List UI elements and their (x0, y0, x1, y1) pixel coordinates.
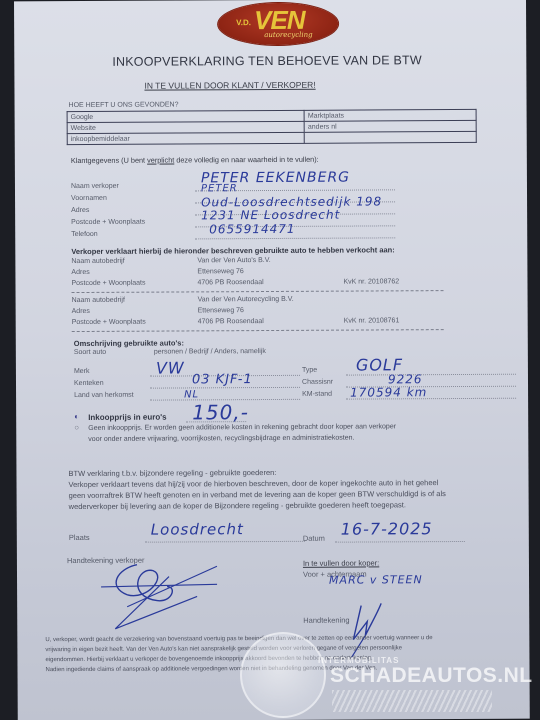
field-label: Naam verkoper (71, 183, 119, 190)
company-name-label: Naam autobedrijf (72, 297, 125, 304)
field-label: Adres (71, 207, 89, 214)
country-label: Land van herkomst (74, 392, 134, 399)
price-label: Inkoopprijs in euro's (88, 413, 166, 422)
found-option[interactable]: anders nl (304, 120, 476, 132)
mileage-label: KM-stand (302, 391, 332, 398)
field-label: Voornamen (71, 195, 107, 202)
document-subtitle: IN TE VULLEN DOOR KLANT / VERKOPER! (144, 80, 315, 91)
company-postcode: 4706 PB Roosendaal (198, 318, 264, 325)
no-price-text-2: voor onder andere vrijwaring, voorrijkos… (88, 435, 354, 443)
logo-tagline: autorecycling (264, 31, 313, 39)
price-value[interactable]: 150,- (192, 400, 249, 424)
model-label: Type (302, 367, 317, 374)
brand-label: Merk (74, 368, 90, 375)
vehicle-type-label: Soort auto (74, 349, 106, 356)
watermark-site: SCHADEAUTOS.NL (330, 664, 533, 688)
seller-signature[interactable] (97, 556, 237, 635)
no-price-radio-icon[interactable]: ○ (74, 423, 79, 432)
buyer-name-value[interactable]: MARC v STEEN (329, 573, 423, 586)
watermark-globe-icon (240, 632, 326, 718)
country-value[interactable]: NL (184, 389, 199, 400)
seller-firstname-value[interactable]: PETER (201, 183, 238, 194)
company-address: Ettenseweg 76 (197, 268, 243, 275)
company-address-label: Adres (71, 269, 89, 276)
found-table: Google Marktplaats Website anders nl ink… (67, 109, 477, 145)
place-label: Plaats (69, 533, 90, 542)
company-kvk: KvK nr. 20108761 (344, 317, 400, 324)
date-value[interactable]: 16-7-2025 (341, 519, 433, 538)
customer-intro: Klantgegevens (U bent verplicht deze vol… (71, 155, 319, 165)
brand-value[interactable]: VW (156, 358, 185, 377)
buyer-signature-label: Handtekening (303, 616, 349, 625)
btw-line: wederverkoper bij levering aan de koper … (69, 500, 406, 511)
document-page: V.D. VEN autorecycling INKOOPVERKLARING … (14, 0, 530, 720)
chassis-label: Chassisnr (302, 379, 333, 386)
date-label: Datum (303, 534, 325, 543)
footer-line: Nadien ingediende claims of aanspraak op… (45, 665, 377, 673)
price-option-checked-icon[interactable]: ◐ (74, 412, 79, 421)
logo-prefix: V.D. (236, 18, 251, 27)
company-postcode: 4706 PB Roosendaal (197, 279, 263, 286)
field-label: Postcode + Woonplaats (71, 219, 145, 226)
vehicle-type-options[interactable]: personen / Bedrijf / Anders, namelijk (154, 348, 266, 356)
found-option[interactable] (304, 131, 476, 143)
place-value[interactable]: Loosdrecht (151, 520, 244, 538)
company-address-label: Adres (72, 308, 90, 315)
company-kvk: KvK nr. 20108762 (343, 278, 399, 285)
company-postcode-label: Postcode + Woonplaats (71, 280, 145, 287)
found-option[interactable]: Marktplaats (304, 109, 476, 121)
document-title: INKOOPVERKLARING TEN BEHOEVE VAN DE BTW (112, 53, 422, 69)
plate-value[interactable]: 03 KJF-1 (192, 372, 253, 387)
plate-label: Kenteken (74, 380, 104, 387)
company-postcode-label: Postcode + Woonplaats (72, 319, 146, 326)
found-option[interactable]: inkoopbemiddelaar (67, 132, 304, 144)
btw-line: geen voorraftrek BTW heeft genoten en in… (69, 489, 446, 500)
btw-heading: BTW verklaring t.b.v. bijzondere regelin… (68, 468, 276, 478)
company-name-label: Naam autobedrijf (71, 258, 124, 265)
found-question: HOE HEEFT U ONS GEVONDEN? (69, 101, 179, 109)
company-name: Van der Ven Autorecycling B.V. (198, 296, 294, 304)
seller-postcode-value[interactable]: 1231 NE Loosdrecht (201, 208, 340, 223)
company-logo: V.D. VEN autorecycling (218, 3, 338, 46)
company-name: Van der Ven Auto's B.V. (197, 257, 270, 264)
company-address: Ettenseweg 76 (198, 307, 244, 314)
buyer-heading: In te vullen door koper: (303, 558, 379, 567)
field-label: Telefoon (71, 231, 98, 238)
seller-phone-value[interactable]: 0655914471 (209, 222, 295, 236)
verplicht-emphasis: verplicht (147, 156, 174, 165)
vehicle-heading: Omschrijving gebruikte auto's: (74, 338, 184, 348)
found-row: inkoopbemiddelaar (67, 131, 476, 144)
no-price-text: Geen inkoopprijs. Er worden geen additio… (88, 423, 396, 432)
btw-line: Verkoper verklaart tevens dat hij/zij vo… (69, 478, 439, 489)
sold-to-heading: Verkoper verklaart hierbij de hieronder … (71, 245, 394, 256)
mileage-value[interactable]: 170594 km (350, 385, 427, 399)
watermark-stripes (332, 690, 492, 712)
